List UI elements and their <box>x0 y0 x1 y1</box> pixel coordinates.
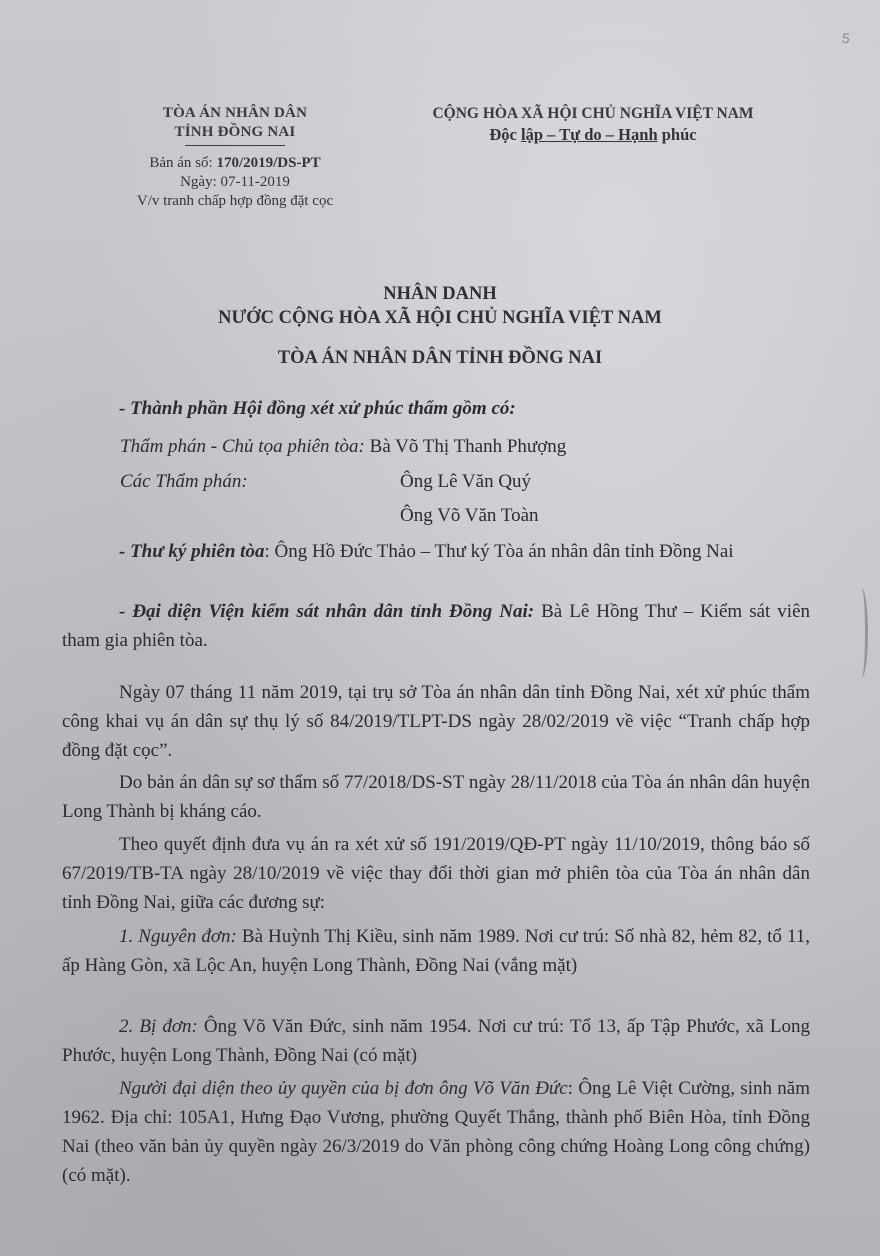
judgment-date: Ngày: 07-11-2019 <box>110 173 360 192</box>
in-name-of-title: NHÂN DANH <box>80 282 800 306</box>
hearing-paragraph: Ngày 07 tháng 11 năm 2019, tại trụ sở Tò… <box>62 678 810 765</box>
document-page: 5 TÒA ÁN NHÂN DÂN TỈNH ĐỒNG NAI Bản án s… <box>0 0 880 1256</box>
country-title: NƯỚC CỘNG HÒA XÃ HỘI CHỦ NGHĨA VIỆT NAM <box>80 306 800 330</box>
motto-underlined: lập – Tự do – Hạnh <box>521 125 658 144</box>
case-subject: V/v tranh chấp hợp đồng đặt cọc <box>110 192 360 211</box>
clerk-paragraph: - Thư ký phiên tòa: Ông Hồ Đức Thảo – Th… <box>62 537 810 566</box>
procuracy-label: - Đại diện Viện kiểm sát nhân dân tỉnh Đ… <box>119 601 534 622</box>
plaintiff-paragraph: 1. Nguyên đơn: Bà Huỳnh Thị Kiều, sinh n… <box>62 922 810 980</box>
defendant-label: 2. Bị đơn: <box>119 1016 198 1037</box>
procuracy-paragraph: - Đại diện Viện kiểm sát nhân dân tỉnh Đ… <box>62 597 810 655</box>
staple-mark <box>855 588 868 678</box>
case-number-value: 170/2019/DS-PT <box>216 155 320 171</box>
clerk-value: : Ông Hồ Đức Thảo – Thư ký Tòa án nhân d… <box>264 541 733 562</box>
motto-end: phúc <box>658 125 697 144</box>
header-divider <box>185 145 285 146</box>
handwritten-page-mark: 5 <box>841 30 851 47</box>
republic-name: CỘNG HÒA XÃ HỘI CHỦ NGHĨA VIỆT NAM <box>398 104 788 124</box>
decision-paragraph: Theo quyết định đưa vụ án ra xét xử số 1… <box>62 830 810 917</box>
presiding-judge-value: Bà Võ Thị Thanh Phượng <box>365 436 566 457</box>
defendant-paragraph: 2. Bị đơn: Ông Võ Văn Đức, sinh năm 1954… <box>62 1012 810 1070</box>
court-name-line2: TỈNH ĐỒNG NAI <box>110 123 360 142</box>
judge-1: Ông Lê Văn Quý <box>400 467 531 496</box>
representative-paragraph: Người đại diện theo ủy quyền của bị đơn … <box>62 1074 810 1190</box>
case-number: Bản án số: 170/2019/DS-PT <box>110 154 360 173</box>
judge-2: Ông Võ Văn Toàn <box>400 501 539 530</box>
clerk-label: - Thư ký phiên tòa <box>119 541 264 562</box>
judges-label: Các Thẩm phán: <box>120 471 248 492</box>
court-header: TÒA ÁN NHÂN DÂN TỈNH ĐỒNG NAI Bản án số:… <box>110 104 360 211</box>
representative-label: Người đại diện theo ủy quyền của bị đơn … <box>119 1078 568 1099</box>
presiding-judge-row: Thẩm phán - Chủ tọa phiên tòa: Bà Võ Thị… <box>120 432 566 461</box>
national-header: CỘNG HÒA XÃ HỘI CHỦ NGHĨA VIỆT NAM Độc l… <box>398 104 788 146</box>
plaintiff-label: 1. Nguyên đơn: <box>119 926 237 947</box>
panel-heading-text: - Thành phần Hội đồng xét xử phúc thẩm g… <box>119 398 516 419</box>
court-title: TÒA ÁN NHÂN DÂN TỈNH ĐỒNG NAI <box>80 346 800 370</box>
appeal-paragraph: Do bản án dân sự sơ thẩm số 77/2018/DS-S… <box>62 768 810 826</box>
judges-row: Các Thẩm phán: Ông Lê Văn Quý <box>120 467 248 496</box>
panel-heading: - Thành phần Hội đồng xét xử phúc thẩm g… <box>62 394 810 423</box>
presiding-judge-label: Thẩm phán - Chủ tọa phiên tòa: <box>120 436 365 457</box>
national-motto: Độc lập – Tự do – Hạnh phúc <box>398 124 788 146</box>
motto-start: Độc <box>489 125 521 144</box>
court-name-line1: TÒA ÁN NHÂN DÂN <box>110 104 360 123</box>
case-number-label: Bản án số: <box>149 155 212 171</box>
